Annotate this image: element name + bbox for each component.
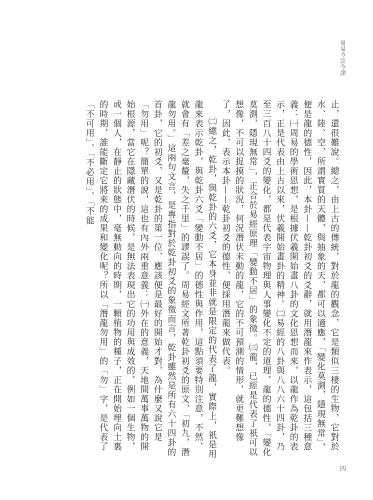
paragraph-2: ㈡總之，乾卦，與乾卦的六爻，它本身並非就是限定的代表了龍，實際上，祇是用龍來表示… [82, 100, 218, 460]
body-text: 止，還很難說。總之，由上古的傳統，對於龍的觀念，它是類似三棲的生物，它對於水、陸… [40, 100, 340, 460]
paragraph-1: 止，還很難說。總之，由上古的傳統，對於龍的觀念，它是類似三棲的生物，它對於水、陸… [218, 100, 340, 460]
page-number: 四 [340, 464, 346, 473]
running-head: 周易今註今譯 [338, 40, 346, 76]
